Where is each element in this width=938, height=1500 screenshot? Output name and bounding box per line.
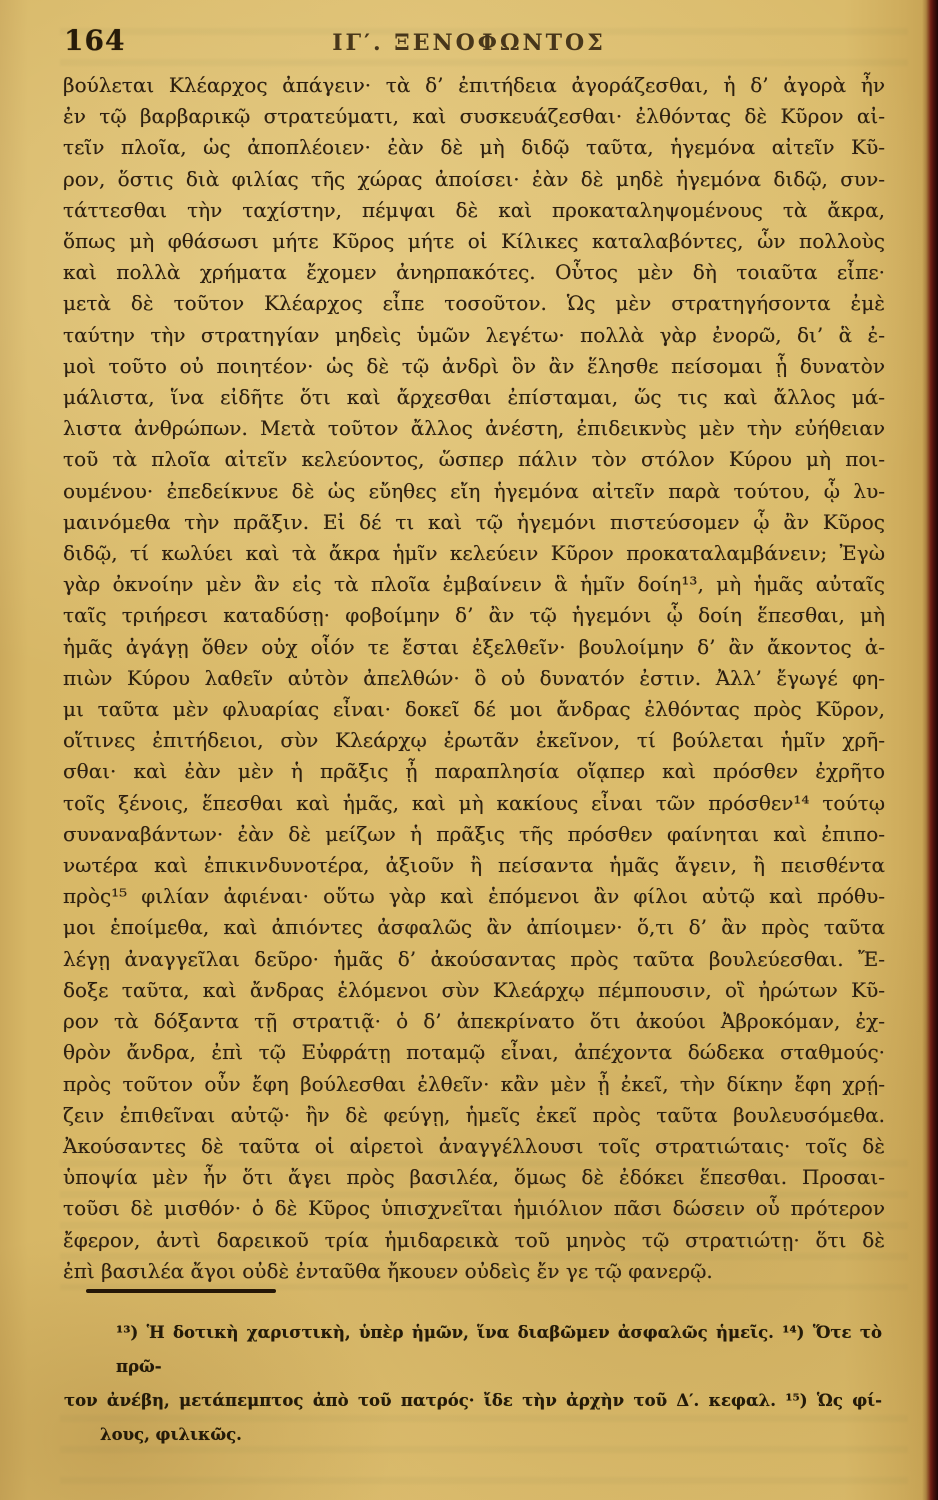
- body-line: μοι ἑποίμεθα, καὶ ἀπιόντες ἀσφαλῶς ἂν ἀπ…: [63, 912, 885, 943]
- body-line: σθαι· καὶ ἐὰν μὲν ἡ πρᾶξις ᾖ παραπλησία …: [63, 756, 885, 787]
- body-line: καὶ πολλὰ χρήματα ἔχομεν ἀνηρπακότες. Οὗ…: [63, 257, 885, 288]
- body-line: ουμένου· ἐπεδείκνυε δὲ ὡς εὔηθες εἴη ἡγε…: [63, 476, 885, 507]
- body-line: δοξε ταῦτα, καὶ ἄνδρας ἑλόμενοι σὺν Κλεά…: [63, 975, 885, 1006]
- body-line: ρον, ὅστις διὰ φιλίας τῆς χώρας ἀποίσει·…: [63, 164, 885, 195]
- footnote-line: τον ἀνέβη, μετάπεμπτος ἀπὸ τοῦ πατρός· ἴ…: [64, 1384, 882, 1418]
- body-line: νωτέρα καὶ ἐπικινδυνοτέρα, ἀξιοῦν ἢ πείσ…: [63, 850, 885, 881]
- body-line: τοῖς ξένοις, ἕπεσθαι καὶ ἡμᾶς, καὶ μὴ κα…: [63, 788, 885, 819]
- body-line: τεῖν πλοῖα, ὡς ἀποπλέοιεν· ἐὰν δὲ μὴ διδ…: [63, 132, 885, 163]
- body-line: ἔφερον, ἀντὶ δαρεικοῦ τρία ἡμιδαρεικὰ το…: [63, 1225, 885, 1256]
- body-line: διδῷ, τί κωλύει καὶ τὰ ἄκρα ἡμῖν κελεύει…: [63, 538, 885, 569]
- body-line: ἐπὶ βασιλέα ἄγοι οὐδὲ ἐνταῦθα ἤκουεν οὐδ…: [63, 1256, 885, 1287]
- body-line: συναναβάντων· ἐὰν δὲ μείζων ἡ πρᾶξις τῆς…: [63, 819, 885, 850]
- footnotes-block: ¹³) Ἡ δοτικὴ χαριστικὴ, ὑπὲρ ἡμῶν, ἵνα δ…: [64, 1316, 882, 1452]
- body-line: ρον τὰ δόξαντα τῇ στρατιᾷ· ὁ δ’ ἀπεκρίνα…: [63, 1006, 885, 1037]
- body-line: πιὼν Κύρου λαθεῖν αὐτὸν ἀπελθών· ὃ οὐ δυ…: [63, 663, 885, 694]
- footnote-line: ¹³) Ἡ δοτικὴ χαριστικὴ, ὑπὲρ ἡμῶν, ἵνα δ…: [64, 1316, 882, 1384]
- body-line: ἐν τῷ βαρβαρικῷ στρατεύματι, καὶ συσκευά…: [63, 101, 885, 132]
- footnote-separator-rule: [86, 1289, 276, 1293]
- body-line: βούλεται Κλέαρχος ἀπάγειν· τὰ δ’ ἐπιτήδε…: [63, 70, 885, 101]
- book-page-scan: 164 ΙΓ′. ΞΕΝΟΦΩΝΤΟΣ βούλεται Κλέαρχος ἀπ…: [0, 0, 938, 1500]
- body-line: μι ταῦτα μὲν φλυαρίας εἶναι· δοκεῖ δέ μο…: [63, 694, 885, 725]
- body-line: μοὶ τοῦτο οὐ ποιητέον· ὡς δὲ τῷ ἀνδρὶ ὃν…: [63, 351, 885, 382]
- body-line: ὅπως μὴ φθάσωσι μήτε Κῦρος μήτε οἱ Κίλικ…: [63, 226, 885, 257]
- body-line: Ἀκούσαντες δὲ ταῦτα οἱ αἱρετοὶ ἀναγγέλλο…: [63, 1131, 885, 1162]
- body-line: τοῦ τὰ πλοῖα αἰτεῖν κελεύοντος, ὥσπερ πά…: [63, 444, 885, 475]
- body-line: τοῦσι δὲ μισθόν· ὁ δὲ Κῦρος ὑπισχνεῖται …: [63, 1193, 885, 1224]
- body-line: πρὸς τοῦτον οὖν ἔφη βούλεσθαι ἐλθεῖν· κἂ…: [63, 1069, 885, 1100]
- body-line: μετὰ δὲ τοῦτον Κλέαρχος εἶπε τοσοῦτον. Ὡ…: [63, 288, 885, 319]
- body-line: γὰρ ὀκνοίην μὲν ἂν εἰς τὰ πλοῖα ἐμβαίνει…: [63, 569, 885, 600]
- body-text-block: βούλεται Κλέαρχος ἀπάγειν· τὰ δ’ ἐπιτήδε…: [63, 70, 885, 1287]
- body-line: μαινόμεθα τὴν πρᾶξιν. Εἰ δέ τι καὶ τῷ ἡγ…: [63, 507, 885, 538]
- body-line: ταῖς τριήρεσι καταδύσῃ· φοβοίμην δ’ ἂν τ…: [63, 600, 885, 631]
- body-line: θρὸν ἄνδρα, ἐπὶ τῷ Εὐφράτῃ ποταμῷ εἶναι,…: [63, 1037, 885, 1068]
- body-line: ταύτην τὴν στρατηγίαν μηδεὶς ὑμῶν λεγέτω…: [63, 320, 885, 351]
- body-line: πρὸς¹⁵ φιλίαν ἀφιέναι· οὕτω γὰρ καὶ ἑπόμ…: [63, 881, 885, 912]
- body-line: ἡμᾶς ἀγάγῃ ὅθεν οὐχ οἷόν τε ἔσται ἐξελθε…: [63, 632, 885, 663]
- body-line: λέγῃ ἀναγγεῖλαι δεῦρο· ἡμᾶς δ’ ἀκούσαντα…: [63, 944, 885, 975]
- body-line: μάλιστα, ἵνα εἰδῆτε ὅτι καὶ ἄρχεσθαι ἐπί…: [63, 382, 885, 413]
- page-number: 164: [64, 24, 125, 57]
- body-line: οἵτινες ἐπιτήδειοι, σὺν Κλεάρχῳ ἐρωτᾶν ἐ…: [63, 725, 885, 756]
- running-header-title: ΙΓ′. ΞΕΝΟΦΩΝΤΟΣ: [120, 30, 818, 56]
- footnote-line: λους, φιλικῶς.: [64, 1418, 882, 1452]
- book-edge-shadow: [922, 0, 938, 1500]
- body-line: λιστα ἀνθρώπων. Μετὰ τοῦτον ἄλλος ἀνέστη…: [63, 413, 885, 444]
- body-line: ὑποψία μὲν ἦν ὅτι ἄγει πρὸς βασιλέα, ὅμω…: [63, 1162, 885, 1193]
- body-line: τάττεσθαι τὴν ταχίστην, πέμψαι δὲ καὶ πρ…: [63, 195, 885, 226]
- body-line: ζειν ἐπιθεῖναι αὐτῷ· ἢν δὲ φεύγῃ, ἡμεῖς …: [63, 1100, 885, 1131]
